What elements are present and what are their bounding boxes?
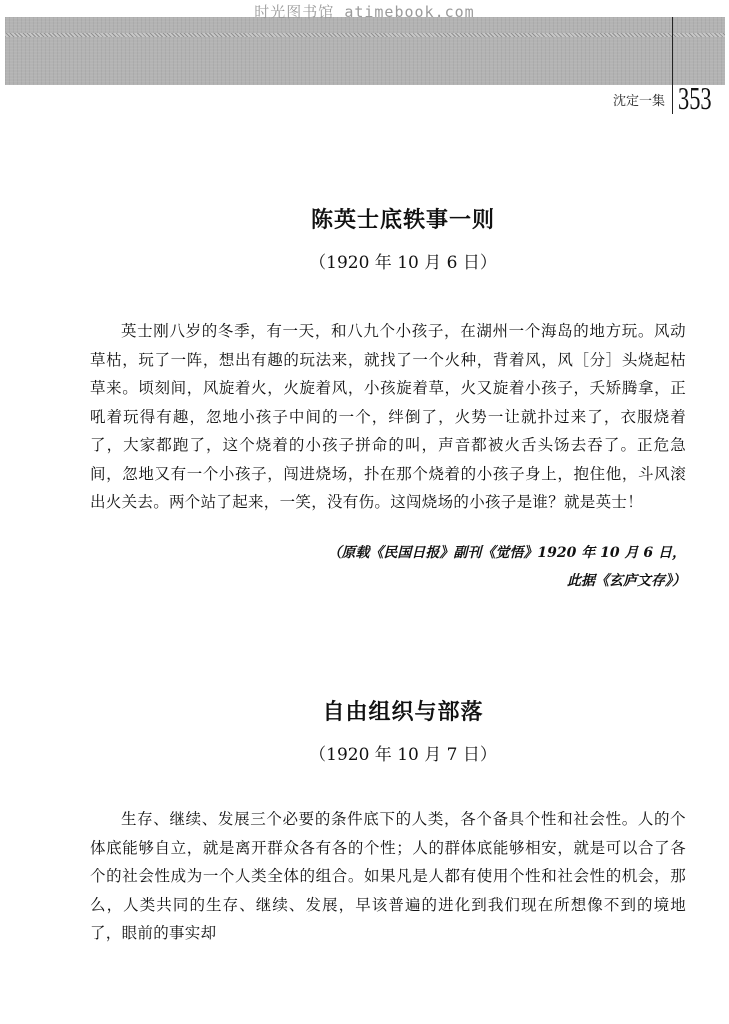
source-note-line-1: （原载《民国日报》副刊《觉悟》1920 年 10 月 6 日， [120,539,686,567]
header-banner [5,17,725,85]
page-number: 353 [678,80,712,117]
article-date: （1920 年 10 月 7 日） [120,740,686,765]
banner-decoration [5,33,725,37]
article-body: 生存、继续、发展三个必要的条件底下的人类，各个备具个性和社会性。人的个体底能够自… [90,805,686,948]
article-chen-yingshi: 陈英士底轶事一则 （1920 年 10 月 6 日） 英士刚八岁的冬季，有一天，… [120,203,686,595]
article-date: （1920 年 10 月 6 日） [120,248,686,273]
article-free-organization: 自由组织与部落 （1920 年 10 月 7 日） 生存、继续、发展三个必要的条… [120,695,686,963]
header-divider [672,17,673,114]
article-title: 自由组织与部落 [120,695,686,726]
watermark: 时光图书馆 atimebook.com [0,1,729,22]
article-body: 英士刚八岁的冬季，有一天，和八九个小孩子，在湖州一个海岛的地方玩。风动草枯，玩了… [90,317,686,517]
source-note: （原载《民国日报》副刊《觉悟》1920 年 10 月 6 日， 此据《玄庐文存》… [120,539,686,595]
source-note-line-2: 此据《玄庐文存》） [120,567,686,595]
article-title: 陈英士底轶事一则 [120,203,686,234]
running-head: 沈定一集 [613,90,665,109]
